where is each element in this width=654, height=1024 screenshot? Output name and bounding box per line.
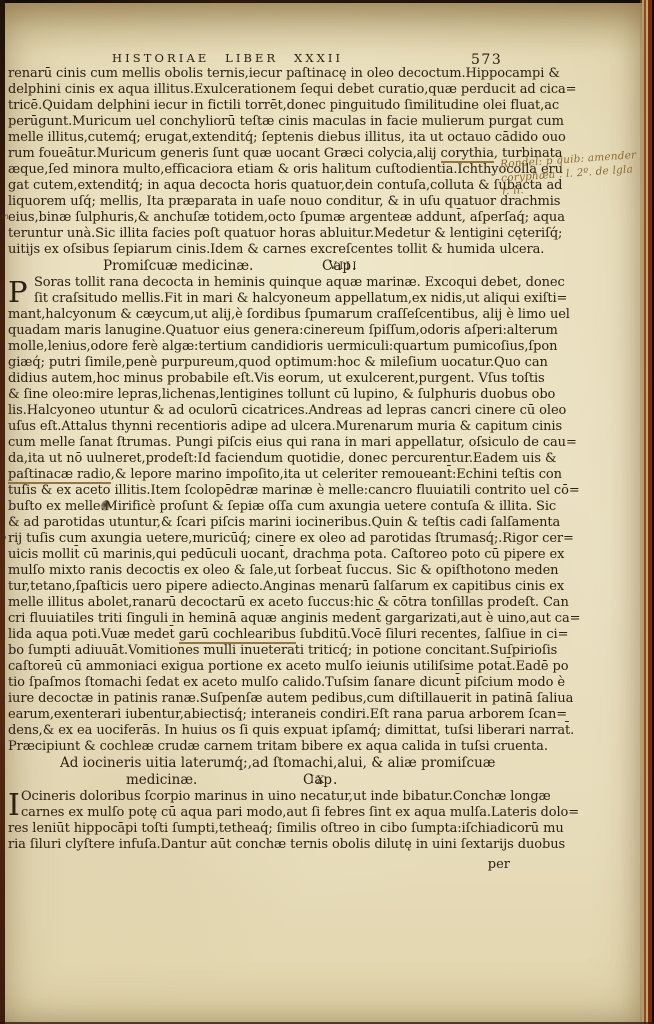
text-line: delphini cinis ex aqua illitus.Exulcerat… <box>8 82 510 98</box>
text-line: melle illitus abolet,ranarū decoctarū ex… <box>8 595 510 611</box>
text-line: liquorem uſq́; mellis, Ita præparata in … <box>8 194 510 210</box>
chapter8-cap-number: VIII <box>329 258 359 275</box>
text-line: gat cutem,extenditq́; in aqua decocta ho… <box>8 178 510 194</box>
text-line: tricē.Quidam delphini iecur in fictili t… <box>8 98 510 114</box>
paragraph-continuation: renarū cinis cum mellis obolis ternis,ie… <box>8 66 510 258</box>
text-line: teruntur unà.Sic illita facies poſt quat… <box>8 226 510 242</box>
text-line: iure decoctæ in patinis ranæ.Suſpenſæ au… <box>8 691 510 707</box>
text-line: cri fluuiatiles triti ſinguli in heminā … <box>8 611 510 627</box>
chapter9-intro-line: Ad iocineris uitia laterumq́;,ad ſtomach… <box>60 755 495 772</box>
text-block: renarū cinis cum mellis obolis ternis,ie… <box>8 66 510 874</box>
margin-mark: in <box>1 212 9 221</box>
text-line: quadam maris lanugine.Quatuor eius gener… <box>8 323 510 339</box>
text-line: tuſis & ex aceto illitis.Item ſcolopēdræ… <box>8 483 510 499</box>
text-line: melle illitus,cutemq́; erugat,extenditq́… <box>8 130 510 146</box>
book-binding-edge <box>0 0 5 1024</box>
chapter8-heading: Promiſcuæ medicinæ. Cap.VIII <box>8 258 510 275</box>
text-line: uitijs ex oſsibus ſepiarum cinis.Idem & … <box>8 242 510 258</box>
chapter8-title: Promiſcuæ medicinæ. <box>103 258 253 275</box>
text-line: tio ſpaſmos ſtomachi ſedat ex aceto mulſ… <box>8 675 510 691</box>
paragraph-lines: Soras tollit rana decocta in heminis qui… <box>8 275 510 755</box>
text-line: rum foueātur.Muricum generis ſunt quæ uo… <box>8 146 510 162</box>
text-line: ſit craſsitudo mellis.Fit in mari & halc… <box>8 291 510 307</box>
text-line: earum,exenterari iubentur,abiectisq́; in… <box>8 707 510 723</box>
text-line: mulſo mixto ranis decoctis ex oleo & ſal… <box>8 563 510 579</box>
text-line: cum melle ſanat ſtrumas. Pungi piſcis ei… <box>8 435 510 451</box>
drop-cap-p: P <box>8 277 28 307</box>
text-line: æque,ſed minora multo,efficaciora etiam … <box>8 162 510 178</box>
paragraph-iocineris: I Ocineris doloribus ſcorpio marinus in … <box>8 789 510 853</box>
text-line: uicis mollit̄ cū marinis,qui pedūculi uo… <box>8 547 510 563</box>
text-line: Soras tollit rana decocta in heminis qui… <box>8 275 510 291</box>
text-line: mant,halcyonum & cæycum,ut alij,è ſordib… <box>8 307 510 323</box>
text-line: paſtinacæ radio,& lepore marino impoſito… <box>8 467 510 483</box>
text-line: bo ſumpti adiuuāt.Vomitiones mulli inuet… <box>8 643 510 659</box>
text-line: buſto ex melle.Mirificè proſunt & ſepiæ … <box>8 499 510 515</box>
text-line: Ocineris doloribus ſcorpio marinus in ui… <box>8 789 510 805</box>
text-line: & ad parotidas utuntur,& ſcari piſcis ma… <box>8 515 510 531</box>
text-line: giæq́; putri ſimile,penè purpureum,quod … <box>8 355 510 371</box>
chapter9-heading: medicinæ. Cap.IX <box>8 772 510 789</box>
hand-underline: paſtinacæ radio <box>8 467 111 484</box>
page-top-shading <box>0 0 654 58</box>
text-line: didius autem,hoc minus probabile eſt.Vis… <box>8 371 510 387</box>
text-line: lida aqua poti.Vuæ medet̄ garū cochleari… <box>8 627 510 643</box>
text-line: renarū cinis cum mellis obolis ternis,ie… <box>8 66 510 82</box>
hand-underline: garū cochlearibus <box>179 627 296 644</box>
text-line: carnes ex mulſo potę cū aqua pari modo,a… <box>8 805 510 821</box>
text-line: molle,lenius,odore ferè algæ:tertium can… <box>8 339 510 355</box>
text-line: res leniūt hippocāpi toſti ſumpti,tethea… <box>8 821 510 837</box>
chapter9-cap-number: IX <box>310 772 327 789</box>
paragraph-psoras: P Soras tollit rana decocta in heminis q… <box>8 275 510 755</box>
text-line: eius,binæ ſulphuris,& anchuſæ totidem,oc… <box>8 210 510 226</box>
text-line: perūgunt.Muricum uel conchyliorū teſtæ c… <box>8 114 510 130</box>
text-line: caſtoreū cū ammoniaci exigua portione ex… <box>8 659 510 675</box>
text-line: da,ita ut nō uulneret,prodeſt:Id faciend… <box>8 451 510 467</box>
margin-mark: a <box>1 694 6 703</box>
text-line: rij tuſis cum axungia uetere,muricūq́; c… <box>8 531 510 547</box>
paragraph-lines: Ocineris doloribus ſcorpio marinus in ui… <box>8 789 510 853</box>
chapter9-title: medicinæ. <box>126 772 197 789</box>
chapter9-heading-intro: Ad iocineris uitia laterumq́;,ad ſtomach… <box>8 755 510 772</box>
book-photo: HISTORIAE LIBER XXXII 573 renarū cinis c… <box>0 0 654 1024</box>
text-line: dens,& ex ea uociferās. In huius os ſi q… <box>8 723 510 739</box>
text-line: uſus eſt.Attalus thynni recentioris adip… <box>8 419 510 435</box>
margin-mark: p <box>1 533 6 542</box>
catchword-row: per <box>8 856 510 874</box>
hand-underline: corythia <box>441 146 494 163</box>
text-line: tur,tetano,ſpaſticis uero pipere adiecto… <box>8 579 510 595</box>
drop-cap-i: I <box>8 791 20 821</box>
running-title: HISTORIAE LIBER XXXII <box>112 51 343 65</box>
paragraph-lines: renarū cinis cum mellis obolis ternis,ie… <box>8 66 510 258</box>
photo-top-edge <box>0 0 654 3</box>
text-line: lis.Halcyoneo utuntur & ad oculorū cicat… <box>8 403 510 419</box>
text-line: Præcipiunt & cochleæ crudæ carnem tritam… <box>8 739 510 755</box>
text-line: ria ſiluri clyſtere infuſa.Dantur aūt co… <box>8 837 510 853</box>
catchword: per <box>488 857 510 872</box>
text-line: & ſine oleo:mire lepras,lichenas,lentigi… <box>8 387 510 403</box>
